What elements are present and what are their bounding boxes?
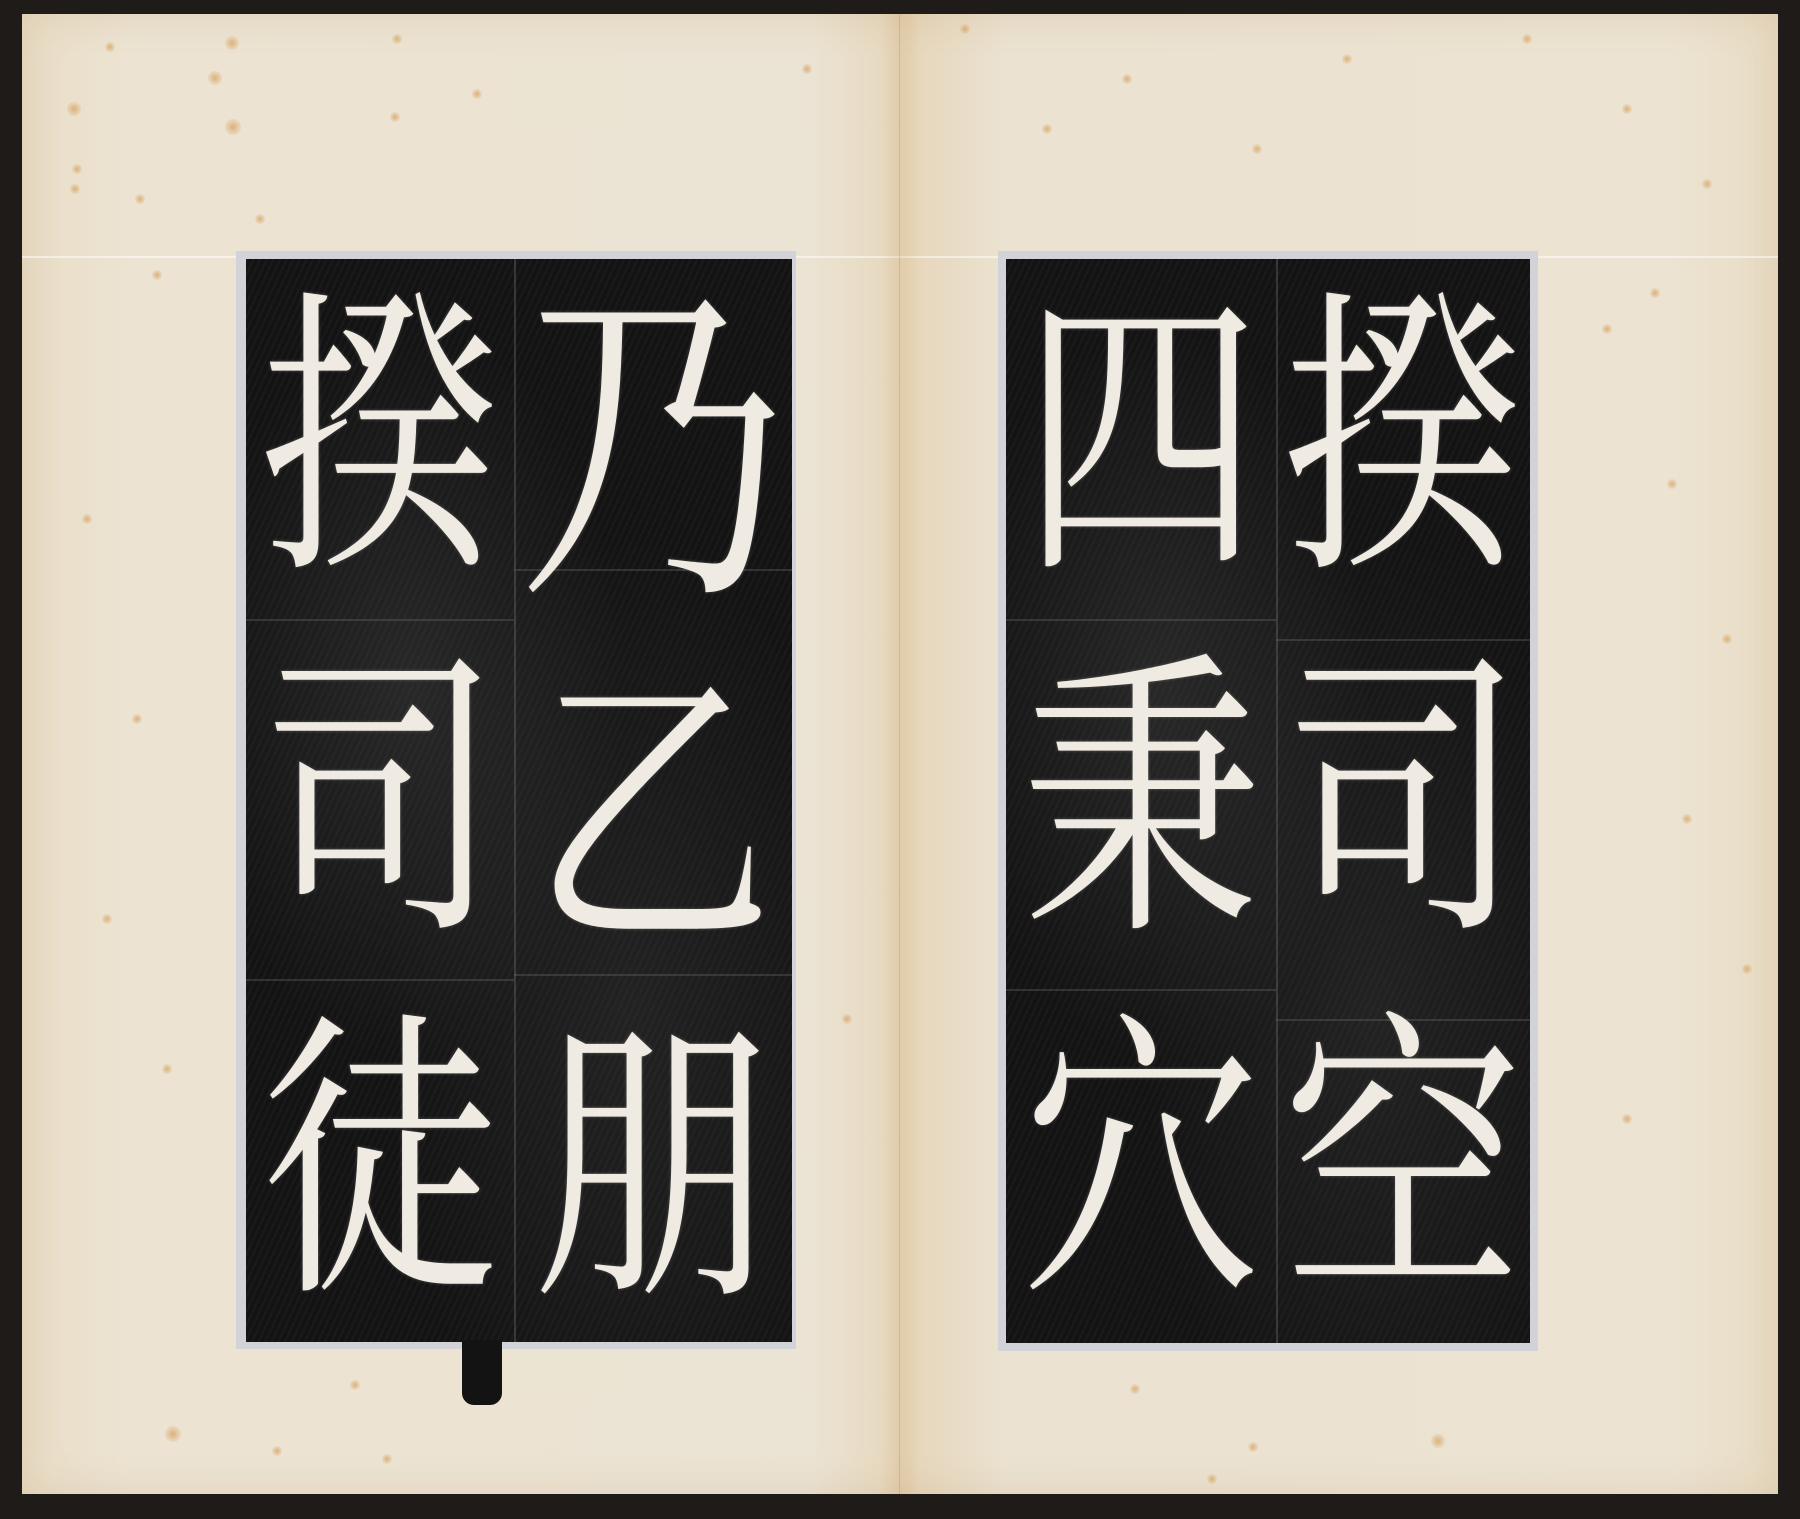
- left-rubbing-left-column: 揆 司 徒: [246, 259, 514, 1342]
- foxing-spot: [82, 514, 92, 524]
- foxing-spot: [1722, 634, 1732, 644]
- foxing-spot: [1622, 1114, 1632, 1124]
- foxing-spot: [70, 184, 80, 194]
- foxing-spot: [225, 119, 241, 135]
- foxing-spot: [1252, 144, 1262, 154]
- foxing-spot: [842, 1014, 852, 1024]
- foxing-spot: [1650, 288, 1660, 298]
- seal-glyph: 揆: [260, 290, 500, 590]
- foxing-spot: [1522, 34, 1532, 44]
- foxing-spot: [1602, 324, 1612, 334]
- foxing-spot: [1622, 104, 1632, 114]
- foxing-spot: [390, 112, 400, 122]
- foxing-spot: [1207, 1474, 1217, 1484]
- gutter-line: [899, 14, 900, 1494]
- foxing-spot: [1667, 479, 1677, 489]
- foxing-spot: [382, 1454, 392, 1464]
- foxing-spot: [225, 36, 239, 50]
- seal-glyph: 秉: [1021, 651, 1261, 951]
- foxing-spot: [272, 1446, 282, 1456]
- foxing-spot: [208, 71, 222, 85]
- seal-glyph: 司: [260, 651, 500, 951]
- right-rubbing: 揆 司 空 四 秉 穴: [1006, 259, 1530, 1343]
- foxing-spot: [255, 214, 265, 224]
- seal-glyph: 四: [1021, 290, 1261, 590]
- foxing-spot: [132, 714, 142, 724]
- foxing-spot: [1431, 1434, 1445, 1448]
- left-rubbing: 乃 乙 朋 揆 司 徒: [246, 259, 792, 1342]
- seal-glyph: 空: [1283, 1012, 1523, 1312]
- foxing-spot: [105, 42, 115, 52]
- left-rubbing-right-column: 乃 乙 朋: [514, 259, 792, 1342]
- foxing-spot: [152, 270, 162, 280]
- seal-glyph: 乃: [518, 281, 788, 619]
- foxing-spot: [102, 914, 112, 924]
- foxing-spot: [72, 164, 82, 174]
- foxing-spot: [1742, 964, 1752, 974]
- foxing-spot: [350, 1380, 360, 1390]
- foxing-spot: [135, 194, 145, 204]
- foxing-spot: [1342, 54, 1352, 64]
- foxing-spot: [162, 1064, 172, 1074]
- foxing-spot: [472, 89, 482, 99]
- seal-glyph: 揆: [1283, 290, 1523, 590]
- foxing-spot: [802, 64, 812, 74]
- foxing-spot: [960, 24, 970, 34]
- seal-glyph: 穴: [1021, 1012, 1261, 1312]
- foxing-spot: [67, 102, 81, 116]
- foxing-spot: [1248, 1442, 1258, 1452]
- book-gutter: [880, 14, 920, 1494]
- seal-glyph: 乙: [533, 666, 773, 966]
- seal-glyph: 司: [1283, 651, 1523, 951]
- foxing-spot: [165, 1426, 181, 1442]
- right-rubbing-left-column: 四 秉 穴: [1006, 259, 1276, 1343]
- rubbing-tail: [462, 1340, 502, 1405]
- foxing-spot: [392, 34, 402, 44]
- foxing-spot: [1122, 74, 1132, 84]
- foxing-spot: [1042, 124, 1052, 134]
- foxing-spot: [1702, 179, 1712, 189]
- foxing-spot: [1682, 814, 1692, 824]
- right-rubbing-right-column: 揆 司 空: [1276, 259, 1530, 1343]
- foxing-spot: [1130, 1384, 1140, 1394]
- seal-glyph: 朋: [533, 1017, 773, 1317]
- seal-glyph: 徒: [260, 1012, 500, 1312]
